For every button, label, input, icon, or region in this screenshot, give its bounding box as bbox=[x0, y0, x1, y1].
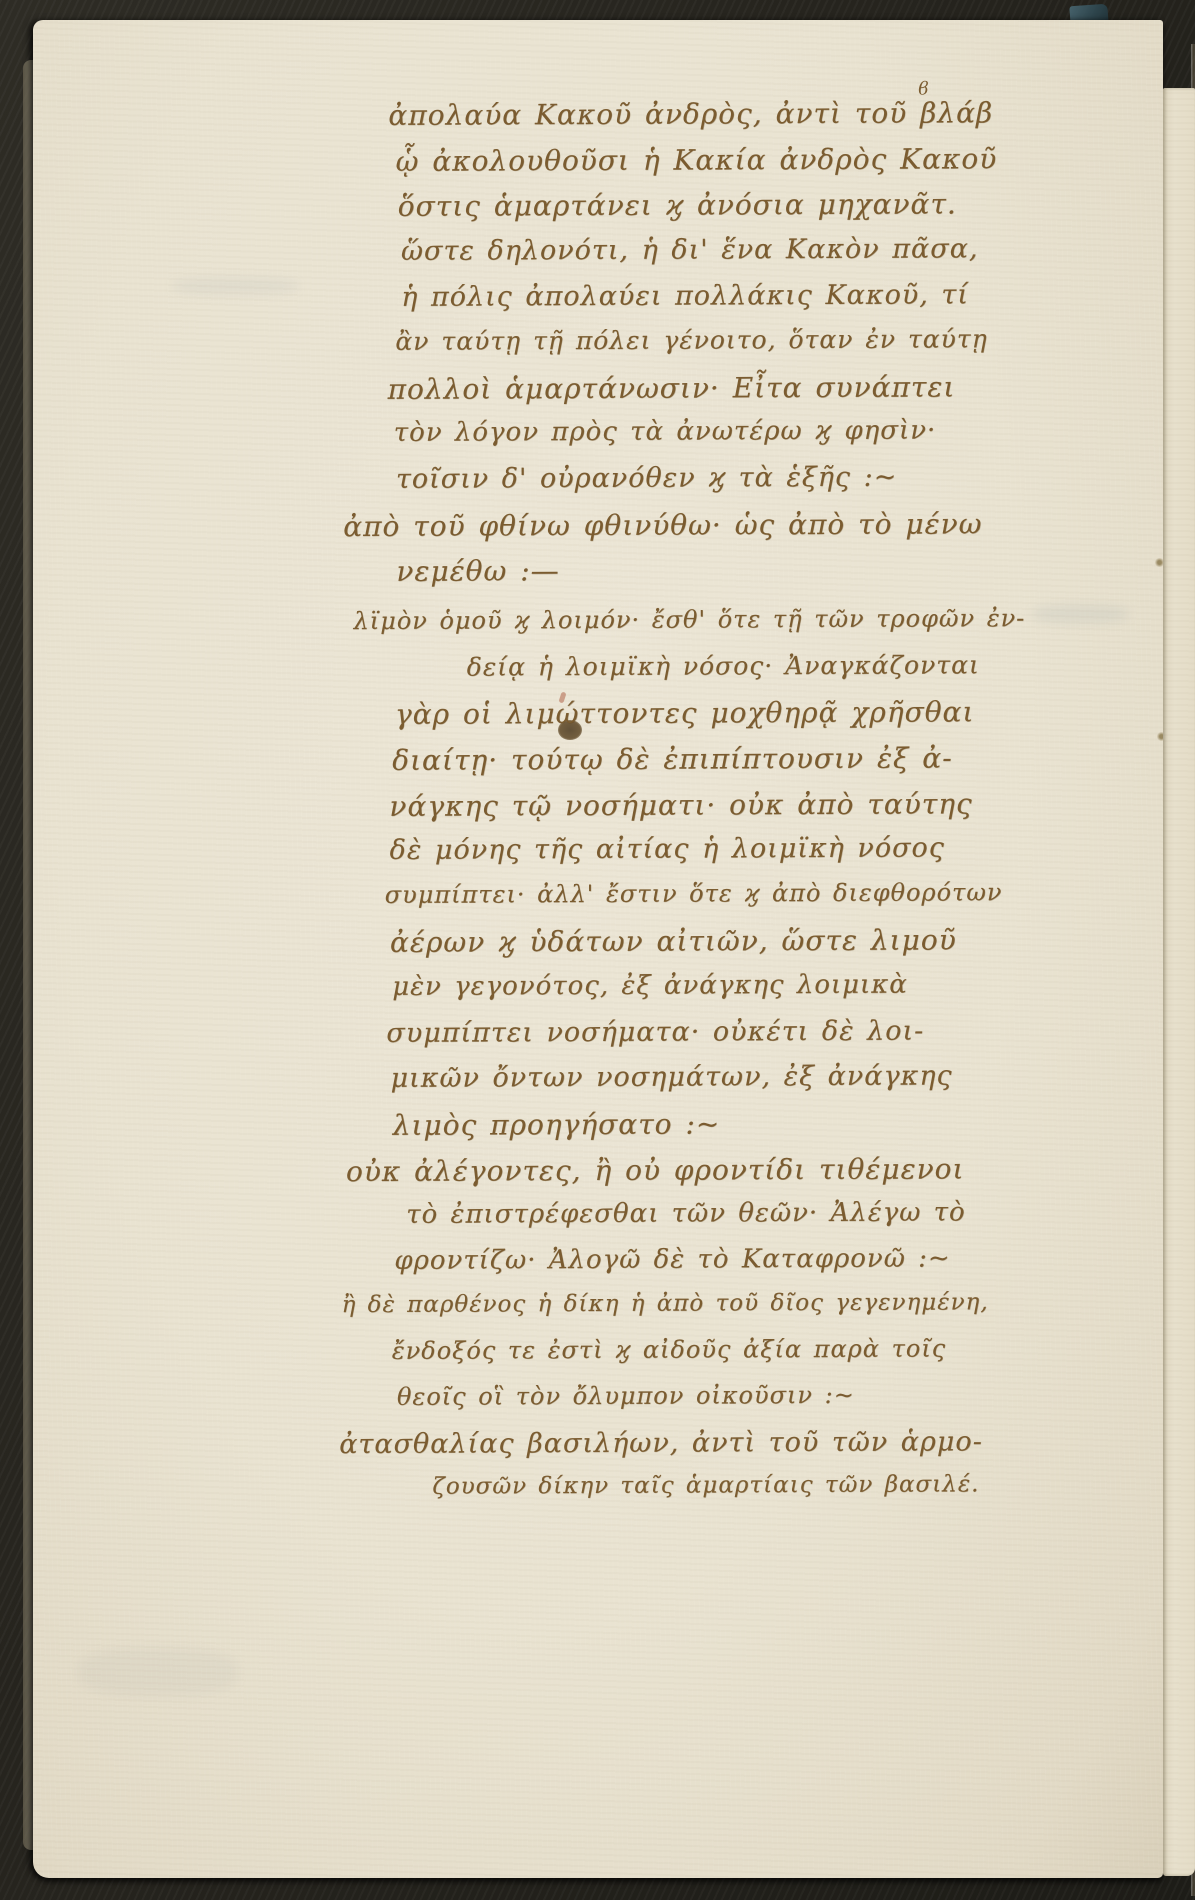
manuscript-line: μὲν γεγονότος, ἐξ ἀνάγκης λοιμικὰ bbox=[392, 970, 908, 1002]
manuscript-line: ζουσῶν δίκην ταῖς ἁμαρτίαις τῶν βασιλέ. bbox=[432, 1471, 979, 1499]
manuscript-line: θεοῖς οἳ τὸν ὄλυμπον οἰκοῦσιν :~ bbox=[397, 1381, 855, 1411]
manuscript-page: ϐ ἀπολαύα Κακοῦ ἀνδρὸς, ἀντὶ τοῦ βλάβ ᾧ … bbox=[33, 20, 1163, 1878]
manuscript-line: ἡ πόλις ἀπολαύει πολλάκις Κακοῦ, τί bbox=[401, 279, 969, 312]
manuscript-line: μικῶν ὄντων νοσημάτων, ἐξ ἀνάγκης bbox=[390, 1060, 952, 1093]
manuscript-line: δείᾳ ἡ λοιμϊκὴ νόσος· Ἀναγκάζονται bbox=[467, 650, 980, 681]
manuscript-line: ᾧ ἀκολουθοῦσι ἡ Κακία ἀνδρὸς Κακοῦ bbox=[395, 142, 997, 178]
manuscript-line: τὸ ἐπιστρέφεσθαι τῶν θεῶν· Ἀλέγω τὸ bbox=[406, 1197, 966, 1229]
manuscript-line: νεμέθω :— bbox=[396, 554, 559, 588]
manuscript-line: τοῖσιν δ' οὐρανόθεν ϗ τὰ ἑξῆς :~ bbox=[396, 462, 898, 495]
photograph-background: { "colors": { "background": "#24221c", "… bbox=[0, 0, 1195, 1900]
manuscript-line: ἀέρων ϗ ὑδάτων αἰτιῶν, ὥστε λιμοῦ bbox=[390, 923, 957, 958]
manuscript-line: συμπίπτει νοσήματα· οὐκέτι δὲ λοι- bbox=[386, 1016, 924, 1049]
manuscript-line: νάγκης τῷ νοσήματι· οὐκ ἀπὸ ταύτης bbox=[389, 787, 972, 823]
manuscript-line: οὐκ ἀλέγοντες, ἢ οὐ φροντίδι τιθέμενοι bbox=[346, 1152, 965, 1188]
manuscript-line: λιμὸς προηγήσατο :~ bbox=[393, 1107, 721, 1141]
manuscript-line: ἀτασθαλίας βασιλήων, ἀντὶ τοῦ τῶν ἁρμο- bbox=[339, 1426, 983, 1460]
manuscript-line: ἢ δὲ παρθένος ἡ δίκη ἡ ἀπὸ τοῦ δῖος γεγε… bbox=[341, 1289, 988, 1318]
manuscript-line: διαίτῃ· τούτῳ δὲ ἐπιπίπτουσιν ἐξ ἀ- bbox=[392, 741, 953, 776]
manuscript-line: δὲ μόνης τῆς αἰτίας ἡ λοιμϊκὴ νόσος bbox=[390, 832, 945, 865]
manuscript-line: ἀπολαύα Κακοῦ ἀνδρὸς, ἀντὶ τοῦ βλάβ bbox=[388, 96, 993, 132]
manuscript-line: ὥστε δηλονότι, ἡ δι' ἕνα Κακὸν πᾶσα, bbox=[401, 233, 979, 267]
manuscript-line: λϊμὸν ὁμοῦ ϗ λοιμόν· ἔσθ' ὅτε τῇ τῶν τρο… bbox=[354, 604, 1026, 635]
manuscript-line: πολλοὶ ἁμαρτάνωσιν· Εἶτα συνάπτει bbox=[387, 370, 955, 405]
manuscript-line: ἀπὸ τοῦ φθίνω φθινύθω· ὡς ἀπὸ τὸ μένω bbox=[343, 507, 982, 543]
fore-edge-page-strip bbox=[1163, 88, 1195, 1876]
manuscript-line: συμπίπτει· ἀλλ' ἔστιν ὅτε ϗ ἀπὸ διεφθορό… bbox=[385, 878, 1003, 909]
manuscript-line: ἂν ταύτῃ τῇ πόλει γένοιτο, ὅταν ἐν ταύτῃ bbox=[395, 324, 987, 356]
handwritten-text-block: ϐ ἀπολαύα Κακοῦ ἀνδρὸς, ἀντὶ τοῦ βλάβ ᾧ … bbox=[29, 18, 1167, 1881]
manuscript-line: ὅστις ἁμαρτάνει ϗ ἀνόσια μηχανᾶτ. bbox=[398, 187, 957, 222]
manuscript-line: τὸν λόγον πρὸς τὰ ἀνωτέρω ϗ φησὶν· bbox=[394, 416, 937, 448]
manuscript-line: γὰρ οἱ λιμώττοντες μοχθηρᾷ χρῆσθαι bbox=[395, 695, 975, 731]
manuscript-line: φροντίζω· Ἀλογῶ δὲ τὸ Καταφρονῶ :~ bbox=[394, 1243, 950, 1275]
manuscript-line: ἔνδοξός τε ἐστὶ ϗ αἰδοῦς ἀξία παρὰ τοῖς bbox=[392, 1334, 947, 1364]
